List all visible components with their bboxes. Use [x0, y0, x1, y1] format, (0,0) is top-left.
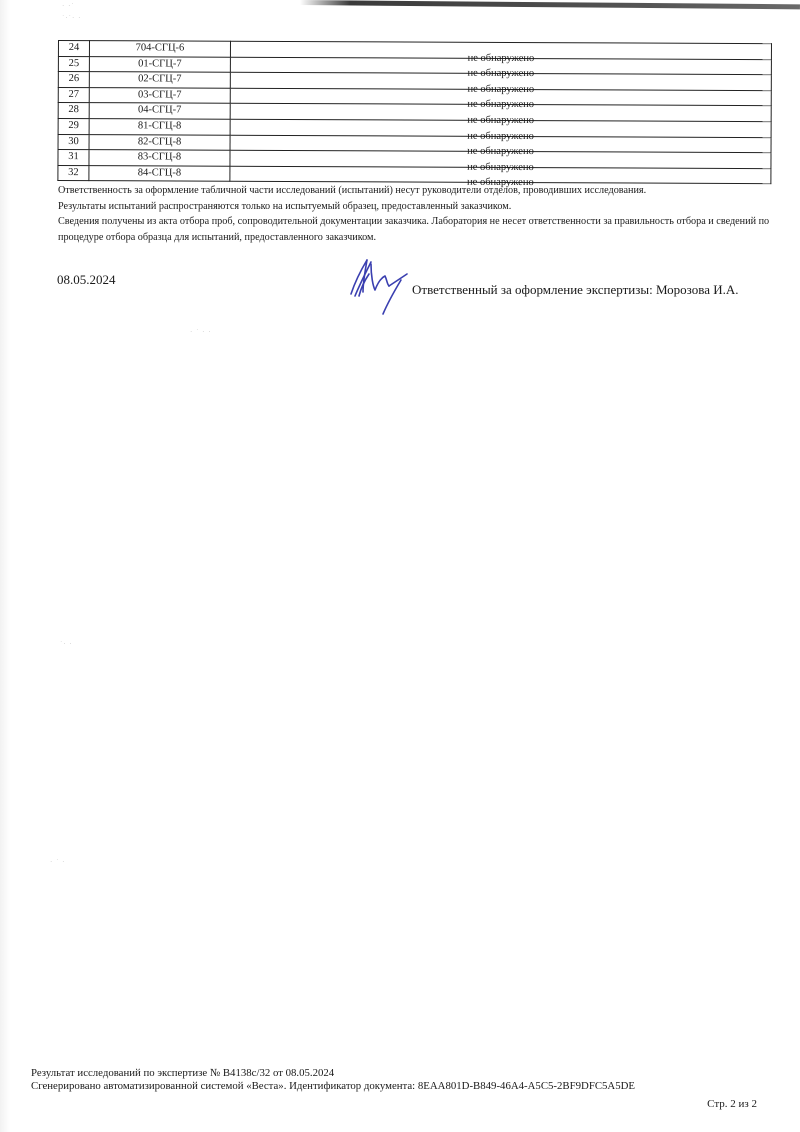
- disclaimer-notes: Ответственность за оформление табличной …: [58, 183, 778, 245]
- sample-code: 84-СГЦ-8: [89, 165, 230, 181]
- scan-margin-shadow: [0, 0, 10, 1132]
- handwritten-signature-icon: [345, 252, 415, 316]
- sample-code: 704-СГЦ-6: [89, 41, 230, 57]
- signature-date: 08.05.2024: [57, 272, 116, 288]
- scan-noise: ˙· ·: [60, 640, 73, 648]
- sample-code: 83-СГЦ-8: [89, 150, 230, 166]
- note-scope: Результаты испытаний распространяются то…: [58, 199, 778, 215]
- row-number: 25: [58, 56, 89, 72]
- sample-code: 03-СГЦ-7: [89, 87, 230, 103]
- page-footer: Результат исследований по экспертизе № В…: [31, 1067, 771, 1093]
- result-cell: не обнаружено: [230, 166, 771, 184]
- sample-code: 82-СГЦ-8: [89, 134, 230, 150]
- row-number: 28: [58, 103, 89, 119]
- row-number: 26: [58, 72, 89, 88]
- sample-code: 02-СГЦ-7: [89, 72, 230, 88]
- results-table: 24 704-СГЦ-6 не обнаружено 25 01-СГЦ-7 н…: [57, 40, 772, 184]
- scan-noise: · ˙ · ·: [190, 328, 212, 336]
- signature-block: 08.05.2024 Ответственный за оформление э…: [0, 250, 800, 320]
- row-number: 27: [58, 87, 89, 103]
- footer-document-id: Сгенерировано автоматизированной системо…: [31, 1080, 771, 1093]
- row-number: 29: [58, 118, 89, 134]
- note-sampling: Сведения получены из акта отбора проб, с…: [58, 214, 778, 245]
- row-number: 31: [58, 150, 89, 166]
- page-number: Стр. 2 из 2: [707, 1098, 757, 1111]
- row-number: 30: [58, 134, 89, 150]
- scan-noise: ˙·˙· ·: [62, 14, 81, 22]
- scan-edge-line: [300, 0, 800, 9]
- sample-code: 81-СГЦ-8: [89, 119, 230, 135]
- scan-noise: · ˙ ·: [50, 858, 66, 866]
- scan-noise: · ·˙: [62, 2, 75, 10]
- sample-code: 04-СГЦ-7: [89, 103, 230, 119]
- row-number: 32: [58, 165, 89, 181]
- footer-expertise-ref: Результат исследований по экспертизе № В…: [31, 1067, 771, 1080]
- row-number: 24: [58, 41, 89, 57]
- table-row: 32 84-СГЦ-8 не обнаружено: [58, 165, 771, 184]
- responsible-person: Ответственный за оформление экспертизы: …: [412, 282, 739, 298]
- note-responsibility: Ответственность за оформление табличной …: [58, 183, 778, 199]
- sample-code: 01-СГЦ-7: [89, 56, 230, 72]
